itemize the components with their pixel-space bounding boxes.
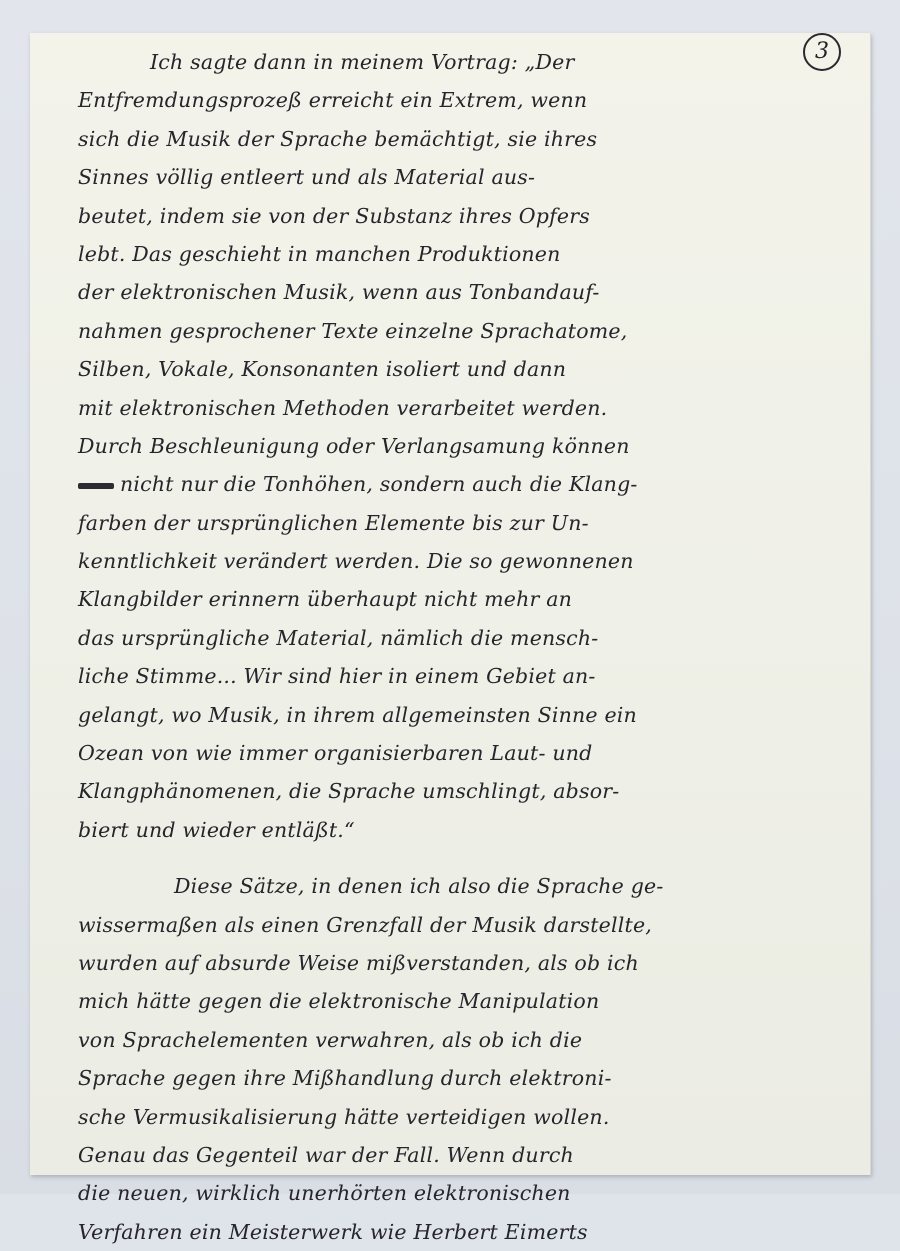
text-line: das ursprüngliche Material, nämlich die …: [78, 619, 848, 657]
paragraph-gap: [78, 849, 848, 867]
text-line: lebt. Das geschieht in manchen Produktio…: [78, 235, 848, 273]
text-line: nahmen gesprochener Texte einzelne Sprac…: [78, 312, 848, 350]
text-line: beutet, indem sie von der Substanz ihres…: [78, 197, 848, 235]
text-line: Entfremdungsprozeß erreicht ein Extrem, …: [78, 81, 848, 119]
text-line: wurden auf absurde Weise mißverstanden, …: [78, 944, 848, 982]
paragraph-1: Ich sagte dann in meinem Vortrag: „Der E…: [78, 43, 848, 849]
text-line: biert und wieder entläßt.“: [78, 811, 848, 849]
text-line-content: nicht nur die Tonhöhen, sondern auch die…: [120, 472, 638, 496]
text-line: der elektronischen Musik, wenn aus Tonba…: [78, 273, 848, 311]
paragraph-2: Diese Sätze, in denen ich also die Sprac…: [78, 867, 848, 1194]
text-line: wissermaßen als einen Grenzfall der Musi…: [78, 906, 848, 944]
text-line: liche Stimme... Wir sind hier in einem G…: [78, 657, 848, 695]
text-line: die neuen, wirklich unerhörten elektroni…: [78, 1174, 848, 1194]
text-line: Klangbilder erinnern überhaupt nicht meh…: [78, 580, 848, 618]
text-line-with-deletion: nicht nur die Tonhöhen, sondern auch die…: [78, 465, 848, 503]
text-line: von Sprachelementen verwahren, als ob ic…: [78, 1021, 848, 1059]
text-line: Klangphänomenen, die Sprache umschlingt,…: [78, 772, 848, 810]
text-line: Durch Beschleunigung oder Verlangsamung …: [78, 427, 848, 465]
text-line: farben der ursprünglichen Elemente bis z…: [78, 504, 848, 542]
text-line: Genau das Gegenteil war der Fall. Wenn d…: [78, 1136, 848, 1174]
text-line: Diese Sätze, in denen ich also die Sprac…: [78, 867, 848, 905]
text-line: Silben, Vokale, Konsonanten isoliert und…: [78, 350, 848, 388]
text-line: Sinnes völlig entleert und als Material …: [78, 158, 848, 196]
text-line: kenntlichkeit verändert werden. Die so g…: [78, 542, 848, 580]
text-line: gelangt, wo Musik, in ihrem allgemeinste…: [78, 696, 848, 734]
text-line: sche Vermusikalisierung hätte verteidige…: [78, 1098, 848, 1136]
crossed-out-word: [78, 483, 114, 489]
text-line: mich hätte gegen die elektronische Manip…: [78, 982, 848, 1020]
text-line: Ich sagte dann in meinem Vortrag: „Der: [78, 43, 848, 81]
handwritten-page: 3 Ich sagte dann in meinem Vortrag: „Der…: [30, 33, 871, 1175]
text-line: mit elektronischen Methoden verarbeitet …: [78, 389, 848, 427]
text-line: Ozean von wie immer organisierbaren Laut…: [78, 734, 848, 772]
manuscript-text: Ich sagte dann in meinem Vortrag: „Der E…: [78, 43, 848, 1194]
text-line: sich die Musik der Sprache bemächtigt, s…: [78, 120, 848, 158]
text-line: Sprache gegen ihre Mißhandlung durch ele…: [78, 1059, 848, 1097]
